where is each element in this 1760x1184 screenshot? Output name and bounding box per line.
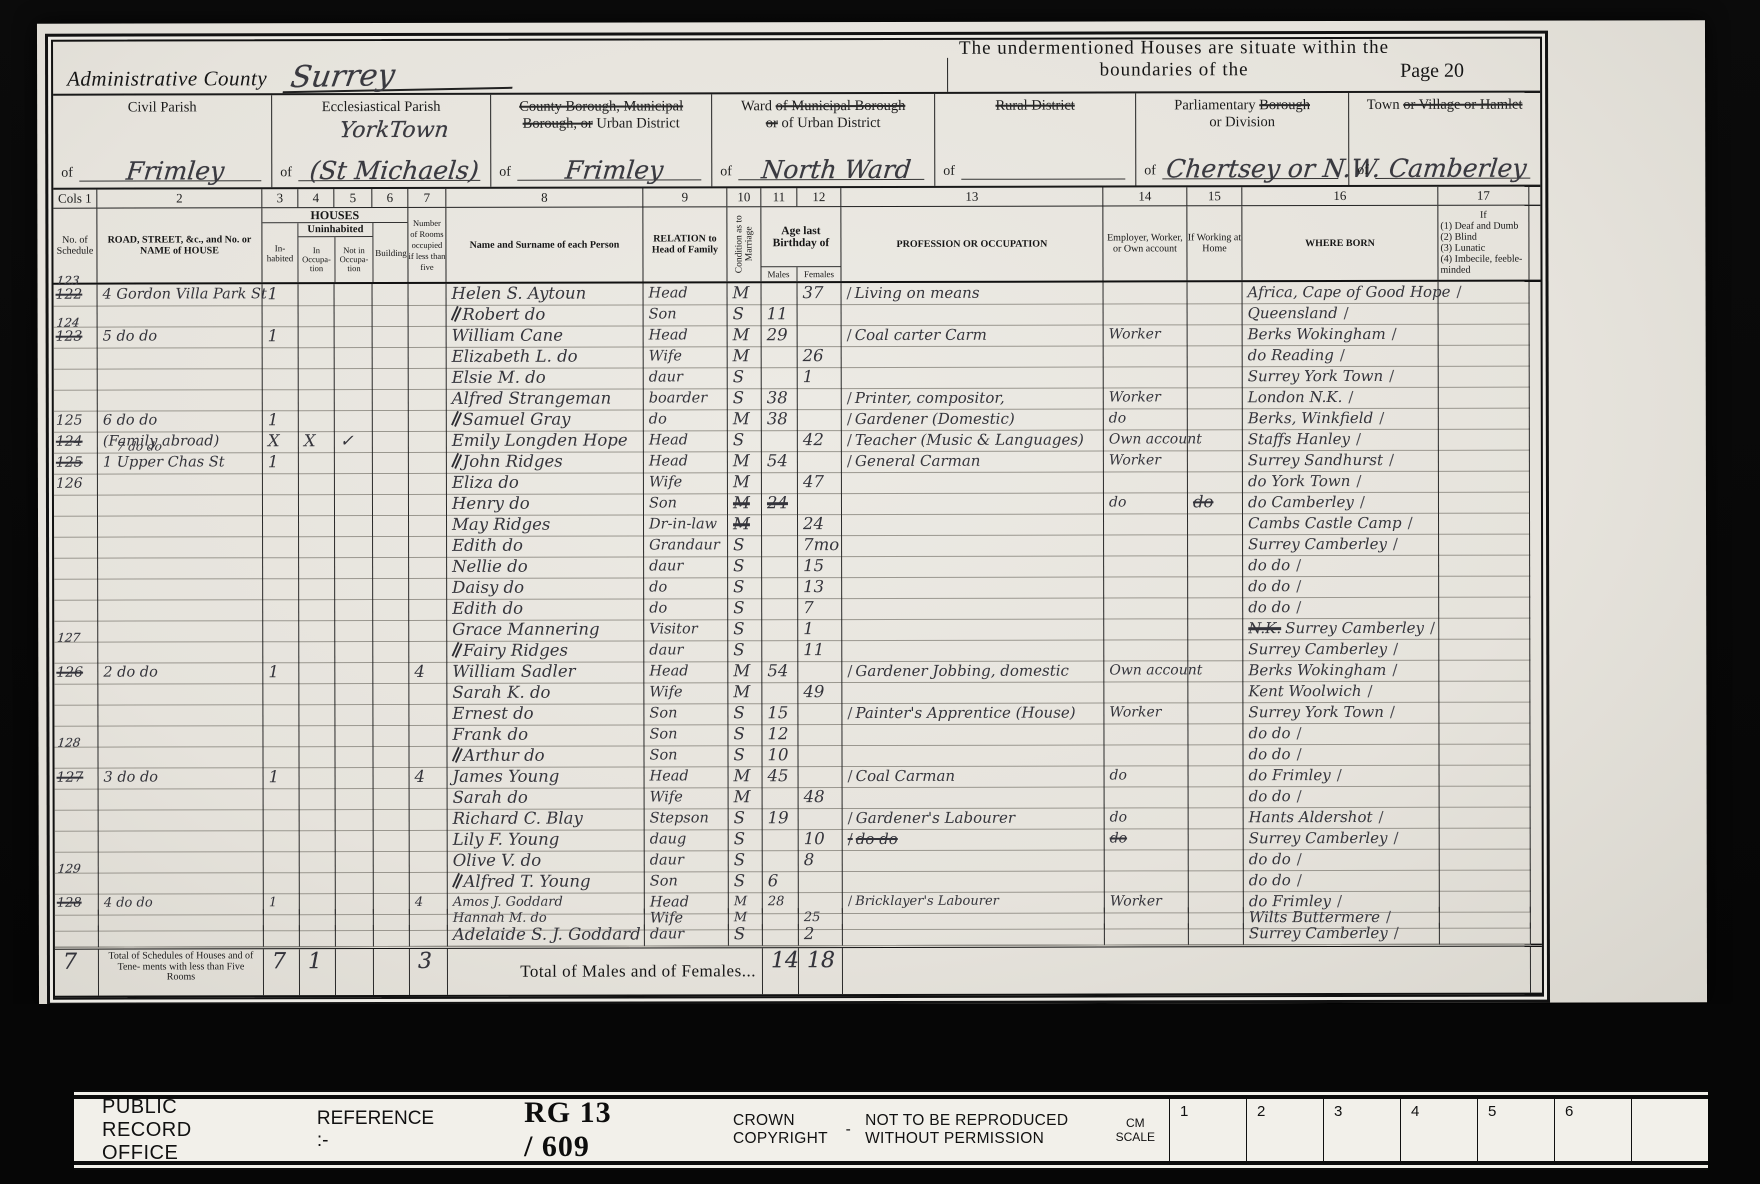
occupation-cell	[843, 871, 1105, 894]
schedule-number	[55, 791, 57, 807]
building-cell	[374, 809, 410, 831]
name-cell: John Ridges	[447, 451, 644, 473]
building-cell	[373, 326, 409, 348]
inhabited-cell	[263, 746, 299, 768]
column-number: 7	[408, 189, 446, 207]
born-cell: Berks, Winkfield	[1243, 408, 1439, 430]
relation-cell: daur	[644, 640, 728, 662]
employer-cell	[1104, 282, 1188, 304]
age-male-cell	[763, 924, 799, 946]
employer-cell	[1104, 366, 1188, 388]
name-cell: Ernest do	[447, 703, 644, 725]
age-female-cell: 2	[799, 924, 843, 946]
building-cell	[374, 851, 410, 873]
age-male-cell: 10	[762, 745, 798, 767]
column-number: 14	[1103, 187, 1187, 205]
age-female-cell	[798, 493, 842, 515]
relation-cell: Son	[644, 493, 728, 515]
condition-cell: S	[728, 724, 762, 746]
address-cell	[98, 704, 263, 726]
inhabited-cell	[263, 641, 299, 663]
age-male-cell	[762, 514, 798, 536]
schedule-number	[54, 560, 56, 576]
relation-cell: do	[644, 598, 728, 620]
uninhabited-in-occ-cell	[299, 746, 335, 768]
uninhabited-not-occ-cell	[335, 620, 373, 642]
age-male-cell: 6	[763, 871, 799, 893]
schedule-cell: 125	[54, 453, 98, 475]
working-home-cell	[1189, 765, 1244, 787]
inhabited-cell: X	[263, 431, 299, 453]
uninhabited-not-occ-cell	[335, 473, 373, 495]
occupation-cell	[842, 346, 1104, 369]
col-head-building: Building	[372, 223, 408, 282]
age-female-cell: 1	[798, 367, 842, 389]
employer-cell	[1104, 471, 1188, 493]
schedule-cell: 123 122	[54, 285, 98, 307]
born-cell: Surrey York Town	[1243, 702, 1439, 724]
total-schedules-label: Total of Schedules of Houses and of Tene…	[99, 949, 264, 995]
building-cell	[373, 725, 409, 747]
schedule-number	[54, 539, 56, 555]
occupation-cell	[842, 367, 1104, 390]
address-cell	[98, 620, 263, 642]
occupation-cell	[842, 472, 1104, 495]
schedule-cell	[54, 558, 98, 580]
schedule-number: 125	[54, 413, 83, 429]
infirmity-cell	[1439, 429, 1530, 451]
condition-cell: M	[728, 451, 762, 473]
schedule-cell	[54, 705, 98, 727]
rooms-cell	[409, 578, 447, 600]
working-home-cell	[1189, 849, 1244, 871]
born-cell: do Frimley	[1244, 765, 1440, 787]
col-head-males: Males	[761, 267, 797, 281]
infirmity-cell	[1439, 303, 1530, 325]
uninhabited-not-occ-cell	[336, 788, 374, 810]
schedule-number	[55, 928, 57, 944]
column-number: 11	[761, 188, 797, 206]
column-number: 10	[727, 188, 761, 206]
relation-cell: Grandaur	[644, 535, 728, 557]
infirmity-cell	[1439, 681, 1530, 703]
occupation-cell	[842, 556, 1104, 579]
rooms-cell	[409, 620, 447, 642]
working-home-cell	[1188, 660, 1243, 682]
age-female-cell: 37	[798, 283, 842, 305]
age-female-cell: 1	[798, 619, 842, 641]
rooms-cell	[409, 536, 447, 558]
working-home-cell	[1188, 387, 1243, 409]
relation-cell: boarder	[644, 388, 728, 410]
uninhabited-in-occ-cell	[299, 389, 335, 411]
age-female-cell	[798, 745, 842, 767]
schedule-cell	[54, 390, 98, 412]
scan-black-band: PUBLIC RECORD OFFICE REFERENCE :- RG 13 …	[0, 1004, 1760, 1184]
building-cell	[373, 578, 409, 600]
name-cell: Olive V. do	[448, 850, 645, 872]
age-male-cell: 54	[762, 661, 798, 683]
name-cell: Nellie do	[447, 556, 644, 578]
name-cell: Lily F. Young	[448, 829, 645, 851]
employer-cell	[1104, 345, 1188, 367]
age-male-cell	[763, 787, 799, 809]
building-cell	[373, 284, 409, 306]
col-head-infirmity: If (1) Deaf and Dumb (2) Blind (3) Lunat…	[1438, 206, 1529, 280]
infirmity-cell	[1439, 702, 1530, 724]
working-home-cell	[1188, 366, 1243, 388]
column-number: 16	[1242, 187, 1438, 205]
column-number: 8	[446, 188, 643, 206]
relation-cell: Stepson	[645, 808, 729, 830]
borough-value: Frimley	[520, 158, 708, 182]
employer-cell	[1105, 870, 1189, 892]
cm-scale-cells: 123456	[1169, 1099, 1708, 1161]
address-cell: 2 do do	[98, 662, 263, 684]
inhabited-cell	[263, 620, 299, 642]
uninhabited-in-occ-cell	[299, 641, 335, 663]
employer-cell: Worker	[1104, 450, 1188, 472]
total-inhabited: 7	[264, 949, 300, 995]
total-females: 18	[799, 948, 843, 994]
inhabited-cell	[263, 368, 299, 390]
uninhabited-in-occ-cell	[299, 725, 335, 747]
condition-cell: S	[729, 850, 763, 872]
rooms-cell	[410, 925, 448, 947]
uninhabited-in-occ-cell	[300, 767, 336, 789]
employer-cell	[1104, 513, 1188, 535]
column-number: 3	[262, 189, 298, 207]
age-female-cell: 10	[799, 829, 843, 851]
col-head-houses: HOUSES In-habited Uninhabited In Occupa-…	[262, 208, 408, 282]
uninhabited-not-occ-cell	[335, 410, 373, 432]
column-number: 2	[97, 189, 262, 207]
relation-cell: daur	[645, 850, 729, 872]
uninhabited-in-occ-cell	[300, 925, 336, 947]
infirmity-cell	[1439, 576, 1530, 598]
rooms-cell	[409, 473, 447, 495]
uninhabited-not-occ-cell	[335, 578, 373, 600]
born-cell: Queensland	[1243, 303, 1439, 325]
uninhabited-not-occ-cell	[335, 326, 373, 348]
rooms-cell	[409, 389, 447, 411]
schedule-corrected: 124	[56, 316, 80, 330]
rooms-cell	[409, 347, 447, 369]
age-female-cell: 13	[798, 577, 842, 599]
address-cell	[98, 578, 263, 600]
occupation-cell	[842, 577, 1104, 600]
inhabited-cell	[263, 389, 299, 411]
age-female-cell	[798, 388, 842, 410]
infirmity-cell	[1439, 597, 1530, 619]
infirmity-cell	[1439, 471, 1530, 493]
relation-cell: Head	[644, 451, 728, 473]
rooms-cell	[409, 746, 447, 768]
rooms-cell	[409, 452, 447, 474]
schedule-cell	[55, 810, 99, 832]
ward-box: Ward of Municipal Borough or of Urban Di…	[712, 94, 935, 186]
inhabited-cell: 1	[263, 410, 299, 432]
form-top-strip: Administrative County Surrey The underme…	[53, 39, 1540, 96]
schedule-number	[54, 707, 56, 723]
age-male-cell	[762, 535, 798, 557]
rooms-cell	[409, 557, 447, 579]
total-males: 14	[763, 948, 799, 994]
schedule-cell	[54, 516, 98, 538]
uninhabited-not-occ-cell	[335, 536, 373, 558]
age-male-cell	[762, 367, 798, 389]
age-female-cell: 49	[798, 682, 842, 704]
uninhabited-in-occ-cell	[299, 494, 335, 516]
occupation-cell: Living on means	[842, 283, 1104, 306]
building-cell	[373, 620, 409, 642]
occupation-cell: do do	[843, 829, 1105, 852]
working-home-cell	[1189, 828, 1244, 850]
inhabited-cell	[263, 557, 299, 579]
relation-cell: Dr-in-law	[644, 514, 728, 536]
age-male-cell: 19	[763, 808, 799, 830]
address-cell	[98, 389, 263, 411]
working-home-cell	[1189, 923, 1244, 945]
address-cell: 6 do do	[98, 410, 263, 432]
employer-cell	[1104, 681, 1188, 703]
born-cell: do York Town	[1243, 471, 1439, 493]
inhabited-cell	[263, 725, 299, 747]
building-cell	[373, 746, 409, 768]
born-cell: do do	[1244, 786, 1440, 808]
employer-cell	[1105, 923, 1189, 945]
schedule-number	[55, 854, 57, 870]
totals-row: 7 Total of Schedules of Houses and of Te…	[55, 944, 1542, 998]
occupation-cell	[842, 514, 1104, 537]
condition-cell: S	[728, 304, 762, 326]
name-cell: Henry do	[447, 493, 644, 515]
inhabited-cell: 1	[263, 452, 299, 474]
address-cell	[99, 809, 264, 831]
rooms-cell	[409, 305, 447, 327]
age-male-cell	[763, 829, 799, 851]
building-cell	[373, 494, 409, 516]
infirmity-cell	[1439, 387, 1530, 409]
building-cell	[373, 536, 409, 558]
working-home-cell	[1189, 786, 1244, 808]
uninhabited-in-occ-cell	[299, 704, 335, 726]
inhabited-cell	[264, 788, 300, 810]
column-header-row: No. of Schedule ROAD, STREET, &c., and N…	[53, 206, 1540, 285]
relation-cell: daur	[645, 924, 729, 946]
cm-scale-cell	[1631, 1099, 1708, 1161]
age-male-cell	[762, 346, 798, 368]
born-cell: Hants Aldershot	[1244, 807, 1440, 829]
working-home-cell	[1188, 597, 1243, 619]
age-male-cell: 24	[762, 493, 798, 515]
infirmity-cell	[1439, 513, 1530, 535]
infirmity-cell	[1439, 618, 1530, 640]
name-cell: Helen S. Aytoun	[447, 283, 644, 305]
name-cell: Grace Mannering	[447, 619, 644, 641]
relation-cell: daur	[644, 367, 728, 389]
born-cell: Berks Wokingham	[1243, 324, 1439, 346]
col-head-born: WHERE BORN	[1242, 206, 1438, 280]
col-head-condition: Condition as to Marriage	[727, 207, 761, 281]
uninhabited-in-occ-cell	[299, 326, 335, 348]
building-cell	[373, 473, 409, 495]
rooms-cell	[410, 830, 448, 852]
inhabited-cell	[263, 578, 299, 600]
schedule-number	[54, 728, 56, 744]
relation-cell: Head	[644, 430, 728, 452]
schedule-number: 124	[54, 434, 83, 450]
name-cell: Daisy do	[447, 577, 644, 599]
rooms-cell	[409, 515, 447, 537]
occupation-cell	[842, 724, 1104, 747]
rooms-cell: 4	[410, 767, 448, 789]
schedule-cell: 124 123	[54, 327, 98, 349]
relation-cell: daug	[645, 829, 729, 851]
employer-cell: do	[1105, 765, 1189, 787]
born-cell: do do	[1244, 870, 1440, 892]
schedule-cell	[54, 579, 98, 601]
uninhabited-not-occ-cell	[335, 662, 373, 684]
age-male-cell	[762, 283, 798, 305]
schedule-number	[54, 686, 56, 702]
condition-cell: S	[728, 640, 762, 662]
employer-cell: do	[1104, 492, 1188, 514]
uninhabited-in-occ-cell	[299, 473, 335, 495]
uninhabited-in-occ-cell	[299, 662, 335, 684]
address-cell	[99, 788, 264, 810]
working-home-cell	[1188, 639, 1243, 661]
uninhabited-in-occ-cell	[300, 872, 336, 894]
employer-cell: Worker	[1104, 387, 1188, 409]
schedule-cell	[55, 831, 99, 853]
schedule-number	[54, 518, 56, 534]
address-cell	[98, 305, 263, 327]
schedule-cell	[54, 369, 98, 391]
undermentioned-text: The undermentioned Houses are situate wi…	[948, 37, 1400, 92]
uninhabited-in-occ-cell	[299, 578, 335, 600]
inhabited-cell	[263, 683, 299, 705]
infirmity-cell	[1439, 639, 1530, 661]
civil-parish-value: Frimley	[82, 159, 268, 183]
rooms-cell	[410, 788, 448, 810]
occupation-cell: Coal carter Carm	[842, 325, 1104, 348]
parliamentary-value: Chertsey or N.W.	[1165, 157, 1345, 181]
inhabited-cell	[263, 515, 299, 537]
uninhabited-not-occ-cell	[335, 683, 373, 705]
uninhabited-in-occ-cell	[299, 557, 335, 579]
infirmity-cell	[1439, 555, 1530, 577]
building-cell	[373, 305, 409, 327]
infirmity-cell	[1439, 324, 1530, 346]
building-cell	[373, 599, 409, 621]
rooms-cell: 4	[409, 662, 447, 684]
col-head-name: Name and Surname of each Person	[446, 207, 643, 281]
address-cell	[98, 515, 263, 537]
cm-scale-cell: 3	[1323, 1099, 1400, 1161]
building-cell	[374, 872, 410, 894]
address-cell: 5 do do	[98, 326, 263, 348]
born-cell: Africa, Cape of Good Hope	[1243, 282, 1439, 304]
condition-cell: S	[729, 924, 763, 946]
inhabited-cell: 1	[263, 326, 299, 348]
schedule-corrected: 129	[57, 862, 81, 876]
age-female-cell	[798, 451, 842, 473]
condition-cell: M	[729, 787, 763, 809]
schedule-corrected: 128	[57, 736, 81, 750]
rooms-cell	[409, 641, 447, 663]
age-female-cell	[798, 703, 842, 725]
condition-cell: S	[728, 535, 762, 557]
rooms-cell	[410, 809, 448, 831]
born-cell: Staffs Hanley	[1243, 429, 1439, 451]
schedule-cell: 125	[54, 411, 98, 433]
born-cell: do do	[1243, 555, 1439, 577]
admin-county-box: Administrative County Surrey	[53, 58, 948, 94]
schedule-cell: 129	[55, 873, 99, 895]
condition-cell: M	[728, 283, 762, 305]
inhabited-cell: 1	[263, 284, 299, 306]
occupation-cell: Coal Carman	[843, 766, 1105, 789]
uninhabited-not-occ-cell	[336, 809, 374, 831]
born-cell: do do	[1243, 723, 1439, 745]
reference-label: REFERENCE :-	[317, 1108, 434, 1152]
uninhabited-not-occ-cell	[335, 347, 373, 369]
column-number: 4	[298, 189, 334, 207]
name-cell: Edith do	[447, 535, 644, 557]
working-home-cell	[1188, 324, 1243, 346]
uninhabited-in-occ-cell	[300, 809, 336, 831]
age-male-cell	[762, 598, 798, 620]
employer-cell: Own account	[1104, 429, 1188, 451]
name-cell: Sarah do	[448, 787, 645, 809]
condition-cell: S	[729, 829, 763, 851]
col-head-age: Age last Birthday of Males Females	[761, 207, 841, 281]
inhabited-cell	[263, 473, 299, 495]
uninhabited-in-occ-cell	[299, 536, 335, 558]
parliamentary-box: Parliamentary Borough or Division of Che…	[1136, 93, 1349, 185]
age-female-cell: 7mo	[798, 535, 842, 557]
name-cell: James Young	[448, 766, 645, 788]
age-male-cell: 54	[762, 451, 798, 473]
occupation-cell: Teacher (Music & Languages)	[842, 430, 1104, 453]
uninhabited-not-occ-cell	[336, 830, 374, 852]
col-head-uninhabited: Uninhabited	[298, 223, 372, 237]
working-home-cell	[1188, 429, 1243, 451]
born-cell: do Reading	[1243, 345, 1439, 367]
age-female-cell	[798, 409, 842, 431]
inhabited-cell	[263, 599, 299, 621]
census-form: Administrative County Surrey The underme…	[51, 37, 1544, 1000]
relation-cell: Head	[645, 766, 729, 788]
age-male-cell: 11	[762, 304, 798, 326]
employer-cell	[1105, 849, 1189, 871]
schedule-number	[54, 392, 56, 408]
rooms-cell	[409, 599, 447, 621]
name-cell: Alfred T. Young	[448, 871, 645, 893]
born-cell: do Camberley	[1243, 492, 1439, 514]
inhabited-cell	[263, 536, 299, 558]
occupation-cell	[842, 535, 1104, 558]
condition-cell: S	[728, 367, 762, 389]
ecclesiastical-parish-value2: (St Michaels)	[301, 159, 487, 183]
col-head-home: If Working at Home	[1187, 206, 1242, 280]
cm-scale-cell: 4	[1400, 1099, 1477, 1161]
address-cell	[98, 641, 263, 663]
born-cell: Surrey Sandhurst	[1243, 450, 1439, 472]
rooms-cell	[409, 284, 447, 306]
inhabited-cell	[264, 809, 300, 831]
